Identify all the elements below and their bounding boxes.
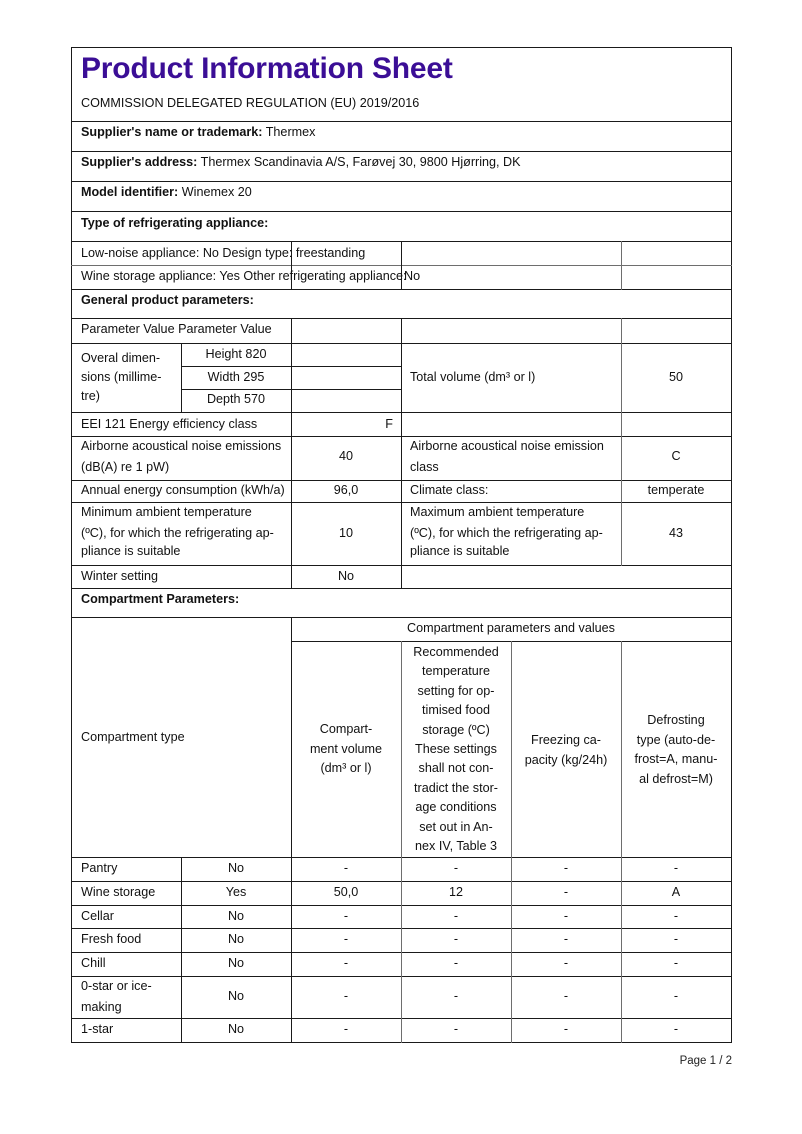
col-temp-line: setting for op- (401, 682, 511, 702)
col-temp-line: nex IV, Table 3 (401, 837, 511, 857)
winter-setting-value: No (291, 567, 401, 587)
compartment-type: Wine storage (81, 883, 155, 903)
compartment-freezing: - (511, 987, 621, 1007)
compartment-freezing: - (511, 954, 621, 974)
annual-energy-value: 96,0 (291, 481, 401, 501)
compartment-temp: - (401, 1020, 511, 1040)
compartment-temp: 12 (401, 883, 511, 903)
compartment-present: Yes (181, 883, 291, 903)
col-temp-line: These settings (401, 740, 511, 760)
grid-line (71, 47, 72, 1043)
noise-class-label-1: Airborne acoustical noise emission (410, 437, 604, 457)
compartment-temp: - (401, 930, 511, 950)
supplier-name-label: Supplier's name or trademark: (81, 125, 262, 139)
parameter-header-row: Parameter Value Parameter Value (81, 320, 272, 340)
col-freezing-line: pacity (kg/24h) (511, 751, 621, 771)
compartment-volume: - (291, 987, 401, 1007)
compartment-defrost: - (621, 954, 731, 974)
model-identifier: Model identifier: Winemex 20 (81, 183, 252, 203)
compartment-defrost: - (621, 930, 731, 950)
appliance-type-heading: Type of refrigerating appliance: (81, 214, 268, 234)
compartment-temp: - (401, 954, 511, 974)
compartment-type: Chill (81, 954, 106, 974)
compartment-present: No (181, 954, 291, 974)
compartment-defrost: A (621, 883, 731, 903)
compartment-type: 1-star (81, 1020, 113, 1040)
compartment-type: 0-star or ice- (81, 977, 152, 997)
compartment-type: Pantry (81, 859, 117, 879)
grid-line (71, 47, 732, 48)
compartment-freezing: - (511, 883, 621, 903)
col-defrost-line: Defrosting (621, 711, 731, 731)
compartment-temp: - (401, 987, 511, 1007)
compartment-defrost: - (621, 987, 731, 1007)
compartment-group-header: Compartment parameters and values (291, 619, 731, 639)
supplier-address-value: Thermex Scandinavia A/S, Farøvej 30, 980… (197, 155, 520, 169)
compartment-volume: - (291, 954, 401, 974)
compartment-type: Fresh food (81, 930, 141, 950)
col-defrost-line: al defrost=M) (621, 770, 731, 790)
compartment-freezing: - (511, 930, 621, 950)
compartment-defrost: - (621, 859, 731, 879)
col-temp-line: shall not con- (401, 759, 511, 779)
compartment-volume: - (291, 859, 401, 879)
col-temp-line: storage (ºC) (401, 721, 511, 741)
col-temp-line: temperature (401, 662, 511, 682)
grid-line (71, 211, 732, 212)
col-freezing-line: Freezing ca- (511, 731, 621, 751)
compartment-parameters-heading: Compartment Parameters: (81, 590, 239, 610)
compartment-volume: - (291, 907, 401, 927)
col-temp-line: timised food (401, 701, 511, 721)
compartment-type: Cellar (81, 907, 114, 927)
eei-label: EEI 121 Energy efficiency class (81, 415, 257, 435)
col-temp-line: age conditions (401, 798, 511, 818)
width-value: Width 295 (181, 368, 291, 388)
min-temp-label-2: (ºC), for which the refrigerating ap- (81, 524, 274, 544)
noise-label-1: Airborne acoustical noise emissions (81, 437, 281, 457)
min-temp-label-3: pliance is suitable (81, 542, 180, 562)
supplier-name: Supplier's name or trademark: Thermex (81, 123, 315, 143)
page-number: Page 1 / 2 (650, 1055, 732, 1067)
col-volume-line: Compart- (291, 720, 401, 740)
page-title: Product Information Sheet (81, 50, 453, 88)
max-temp-value: 43 (621, 524, 731, 544)
supplier-address: Supplier's address: Thermex Scandinavia … (81, 153, 521, 173)
compartment-present: No (181, 907, 291, 927)
compartment-temp: - (401, 907, 511, 927)
compartment-type-header: Compartment type (81, 728, 185, 748)
col-defrost-line: frost=A, manu- (621, 750, 731, 770)
compartment-present: No (181, 859, 291, 879)
supplier-name-value: Thermex (262, 125, 315, 139)
depth-value: Depth 570 (181, 390, 291, 410)
compartment-present: No (181, 1020, 291, 1040)
noise-class-value: C (621, 447, 731, 467)
winter-setting-label: Winter setting (81, 567, 158, 587)
noise-label-2: (dB(A) re 1 pW) (81, 458, 169, 478)
noise-value: 40 (291, 447, 401, 467)
compartment-freezing: - (511, 1020, 621, 1040)
total-volume-value: 50 (621, 368, 731, 388)
col-temp-line: tradict the stor- (401, 779, 511, 799)
col-defrost-line: type (auto-de- (621, 731, 731, 751)
appliance-type-row-1: Low-noise appliance: No Design type: fre… (81, 244, 365, 264)
compartment-volume: - (291, 1020, 401, 1040)
min-temp-value: 10 (291, 524, 401, 544)
col-volume-line: (dm³ or l) (291, 759, 401, 779)
max-temp-label-3: pliance is suitable (410, 542, 509, 562)
compartment-volume: 50,0 (291, 883, 401, 903)
model-identifier-value: Winemex 20 (178, 185, 252, 199)
grid-line (621, 641, 622, 1043)
compartment-present: No (181, 930, 291, 950)
max-temp-label-1: Maximum ambient temperature (410, 503, 584, 523)
dimensions-label-3: tre) (81, 387, 100, 407)
col-temp-line: Recommended (401, 643, 511, 663)
grid-line (511, 641, 512, 1043)
general-parameters-heading: General product parameters: (81, 291, 254, 311)
height-value: Height 820 (181, 345, 291, 365)
other-appliance-value: No (404, 267, 420, 287)
compartment-present: No (181, 987, 291, 1007)
appliance-type-row-2: Wine storage appliance: Yes Other refrig… (81, 267, 407, 287)
compartment-temp: - (401, 859, 511, 879)
supplier-address-label: Supplier's address: (81, 155, 197, 169)
model-identifier-label: Model identifier: (81, 185, 178, 199)
max-temp-label-2: (ºC), for which the refrigerating ap- (410, 524, 603, 544)
noise-class-label-2: class (410, 458, 439, 478)
col-volume-line: ment volume (291, 740, 401, 760)
regulation-reference: COMMISSION DELEGATED REGULATION (EU) 201… (81, 94, 419, 114)
compartment-defrost: - (621, 907, 731, 927)
product-information-sheet: Product Information Sheet COMMISSION DEL… (0, 0, 802, 1134)
climate-class-label: Climate class: (410, 481, 488, 501)
total-volume-label: Total volume (dm³ or l) (410, 368, 535, 388)
dimensions-label-2: sions (millime- (81, 368, 161, 388)
eei-value: F (291, 415, 393, 435)
compartment-freezing: - (511, 859, 621, 879)
compartment-volume: - (291, 930, 401, 950)
grid-line (401, 318, 402, 589)
climate-class-value: temperate (621, 481, 731, 501)
dimensions-label-1: Overal dimen- (81, 349, 160, 369)
grid-line (621, 241, 622, 290)
compartment-freezing: - (511, 907, 621, 927)
grid-line (731, 47, 732, 1043)
col-temp-line: set out in An- (401, 818, 511, 838)
annual-energy-label: Annual energy consumption (kWh/a) (81, 481, 285, 501)
grid-line (291, 617, 292, 1043)
min-temp-label-1: Minimum ambient temperature (81, 503, 252, 523)
compartment-type: making (81, 998, 122, 1018)
compartment-defrost: - (621, 1020, 731, 1040)
